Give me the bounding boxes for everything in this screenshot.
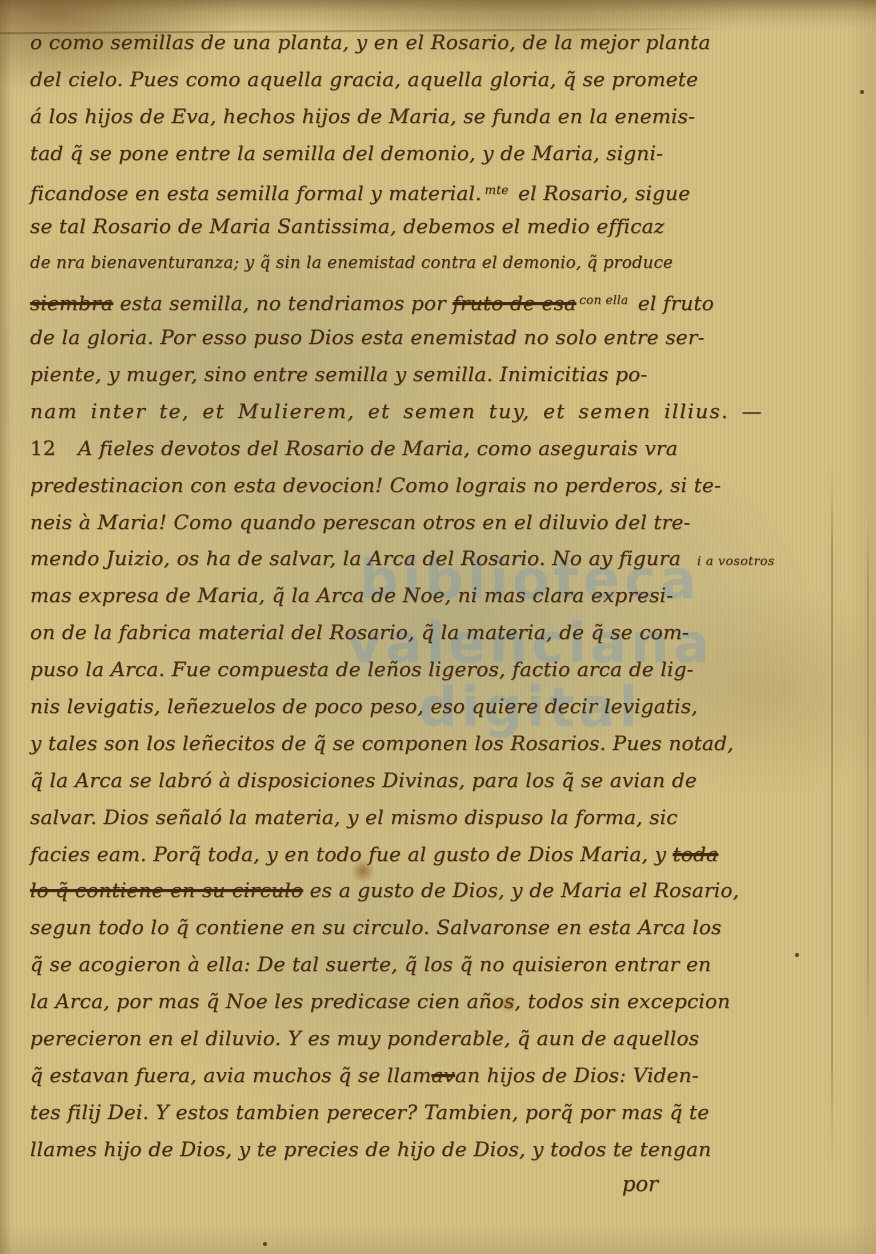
text-segment: ficandose en esta semilla formal y mater…	[30, 181, 482, 205]
manuscript-line-20: y tales son los leñecitos de q̃ se compo…	[30, 725, 854, 762]
text-segment: o como semillas de una planta, y en el R…	[30, 30, 711, 54]
manuscript-line-21: q̃ la Arca se labró à disposiciones Divi…	[30, 762, 854, 799]
manuscript-text-block: o como semillas de una planta, y en el R…	[30, 24, 854, 1168]
text-segment: mendo Juizio, os ha de salvar, la Arca d…	[30, 546, 681, 570]
text-segment: á los hijos de Eva, hechos hijos de Mari…	[30, 104, 695, 128]
text-segment: de nra bienaventuranza; y q̃ sin la enem…	[30, 253, 673, 272]
struck-text: lo q̃ contiene en su circulo	[30, 878, 303, 902]
manuscript-line-11: nam inter te, et Mulierem, et semen tuy,…	[30, 393, 854, 430]
paragraph-number: 12	[30, 436, 56, 460]
text-segment: y tales son los leñecitos de q̃ se compo…	[30, 731, 734, 755]
text-segment: q̃ estavan fuera, avia muchos q̃ se llam	[30, 1063, 431, 1087]
text-segment: perecieron en el diluvio. Y es muy ponde…	[30, 1026, 699, 1050]
struck-text: toda	[673, 842, 719, 866]
text-segment: se tal Rosario de Maria Santissima, debe…	[30, 214, 665, 238]
text-segment: piente, y muger, sino entre semilla y se…	[30, 362, 647, 386]
text-segment: llames hijo de Dios, y te precies de hij…	[30, 1137, 711, 1161]
paper-crease	[867, 520, 869, 1040]
text-segment: tes filij Dei. Y estos tambien perecer? …	[30, 1100, 709, 1124]
text-segment: an hijos de Dios: Viden-	[455, 1063, 699, 1087]
text-segment: predestinacion con esta devocion! Como l…	[30, 473, 721, 497]
text-segment: el fruto	[631, 291, 714, 315]
ink-speck	[860, 90, 864, 94]
text-segment: esta semilla, no tendriamos por	[113, 291, 452, 315]
text-segment: A fieles devotos del Rosario de Maria, c…	[78, 436, 678, 460]
manuscript-line-30: tes filij Dei. Y estos tambien perecer? …	[30, 1094, 854, 1131]
manuscript-line-10: piente, y muger, sino entre semilla y se…	[30, 356, 854, 393]
text-segment: segun todo lo q̃ contiene en su circulo.…	[30, 915, 722, 939]
manuscript-line-25: segun todo lo q̃ contiene en su circulo.…	[30, 909, 854, 946]
manuscript-line-13: predestinacion con esta devocion! Como l…	[30, 467, 854, 504]
manuscript-line-29: q̃ estavan fuera, avia muchos q̃ se llam…	[30, 1057, 854, 1094]
text-segment: on de la fabrica material del Rosario, q…	[30, 620, 689, 644]
manuscript-line-2: del cielo. Pues como aquella gracia, aqu…	[30, 61, 854, 98]
text-segment: del cielo. Pues como aquella gracia, aqu…	[30, 67, 698, 91]
text-segment: neis à Maria! Como quando perescan otros…	[30, 510, 690, 534]
manuscript-line-7: de nra bienaventuranza; y q̃ sin la enem…	[30, 245, 854, 282]
manuscript-line-1: o como semillas de una planta, y en el R…	[30, 24, 854, 61]
text-segment: el Rosario, sigue	[512, 181, 691, 205]
manuscript-line-28: perecieron en el diluvio. Y es muy ponde…	[30, 1020, 854, 1057]
manuscript-line-8: siembra esta semilla, no tendriamos por …	[30, 282, 854, 319]
manuscript-line-17: on de la fabrica material del Rosario, q…	[30, 614, 854, 651]
manuscript-page: biblioteca valenciana digital o como sem…	[0, 0, 876, 1254]
marginal-note: i a vosotros	[697, 553, 775, 568]
manuscript-line-19: nis levigatis, leñezuelos de poco peso, …	[30, 688, 854, 725]
ink-speck	[795, 953, 799, 957]
text-segment: facies eam. Porq̃ toda, y en todo fue al…	[30, 842, 673, 866]
manuscript-line-15: mendo Juizio, os ha de salvar, la Arca d…	[30, 540, 854, 577]
text-segment: mas expresa de Maria, q̃ la Arca de Noe,…	[30, 583, 673, 607]
interlinear-insertion: con ella	[579, 293, 628, 307]
manuscript-line-12: 12A fieles devotos del Rosario de Maria,…	[30, 430, 854, 467]
interlinear-insertion: mte	[485, 183, 509, 197]
manuscript-line-16: mas expresa de Maria, q̃ la Arca de Noe,…	[30, 577, 854, 614]
text-segment: la Arca, por mas q̃ Noe les predicase ci…	[30, 989, 730, 1013]
manuscript-line-4: tad q̃ se pone entre la semilla del demo…	[30, 135, 854, 172]
manuscript-line-23: facies eam. Porq̃ toda, y en todo fue al…	[30, 836, 854, 873]
ink-speck	[263, 1242, 267, 1246]
text-segment: de la gloria. Por esso puso Dios esta en…	[30, 325, 705, 349]
struck-text: siembra	[30, 291, 113, 315]
ink-stain	[352, 858, 374, 884]
manuscript-line-3: á los hijos de Eva, hechos hijos de Mari…	[30, 98, 854, 135]
text-segment: q̃ la Arca se labró à disposiciones Divi…	[30, 768, 697, 792]
text-segment: salvar. Dios señaló la materia, y el mis…	[30, 805, 678, 829]
struck-text: av	[431, 1063, 455, 1087]
paper-crease	[831, 468, 833, 1168]
manuscript-line-22: salvar. Dios señaló la materia, y el mis…	[30, 799, 854, 836]
manuscript-line-5: ficandose en esta semilla formal y mater…	[30, 172, 854, 209]
manuscript-line-6: se tal Rosario de Maria Santissima, debe…	[30, 208, 854, 245]
manuscript-line-26: q̃ se acogieron à ella: De tal suerte, q…	[30, 946, 854, 983]
manuscript-line-18: puso la Arca. Fue compuesta de leños lig…	[30, 651, 854, 688]
manuscript-line-24: lo q̃ contiene en su circulo es a gusto …	[30, 872, 854, 909]
text-segment: puso la Arca. Fue compuesta de leños lig…	[30, 657, 694, 681]
ink-stain	[498, 995, 518, 1013]
manuscript-line-9: de la gloria. Por esso puso Dios esta en…	[30, 319, 854, 356]
text-segment: q̃ se acogieron à ella: De tal suerte, q…	[30, 952, 711, 976]
catchword: por	[622, 1172, 658, 1196]
text-segment: nis levigatis, leñezuelos de poco peso, …	[30, 694, 698, 718]
struck-text: fruto de esa	[453, 291, 577, 315]
text-segment: nam inter te, et Mulierem, et semen tuy,…	[30, 399, 763, 423]
manuscript-line-27: la Arca, por mas q̃ Noe les predicase ci…	[30, 983, 854, 1020]
manuscript-line-31: llames hijo de Dios, y te precies de hij…	[30, 1131, 854, 1168]
text-segment: tad q̃ se pone entre la semilla del demo…	[30, 141, 663, 165]
manuscript-line-14: neis à Maria! Como quando perescan otros…	[30, 504, 854, 541]
